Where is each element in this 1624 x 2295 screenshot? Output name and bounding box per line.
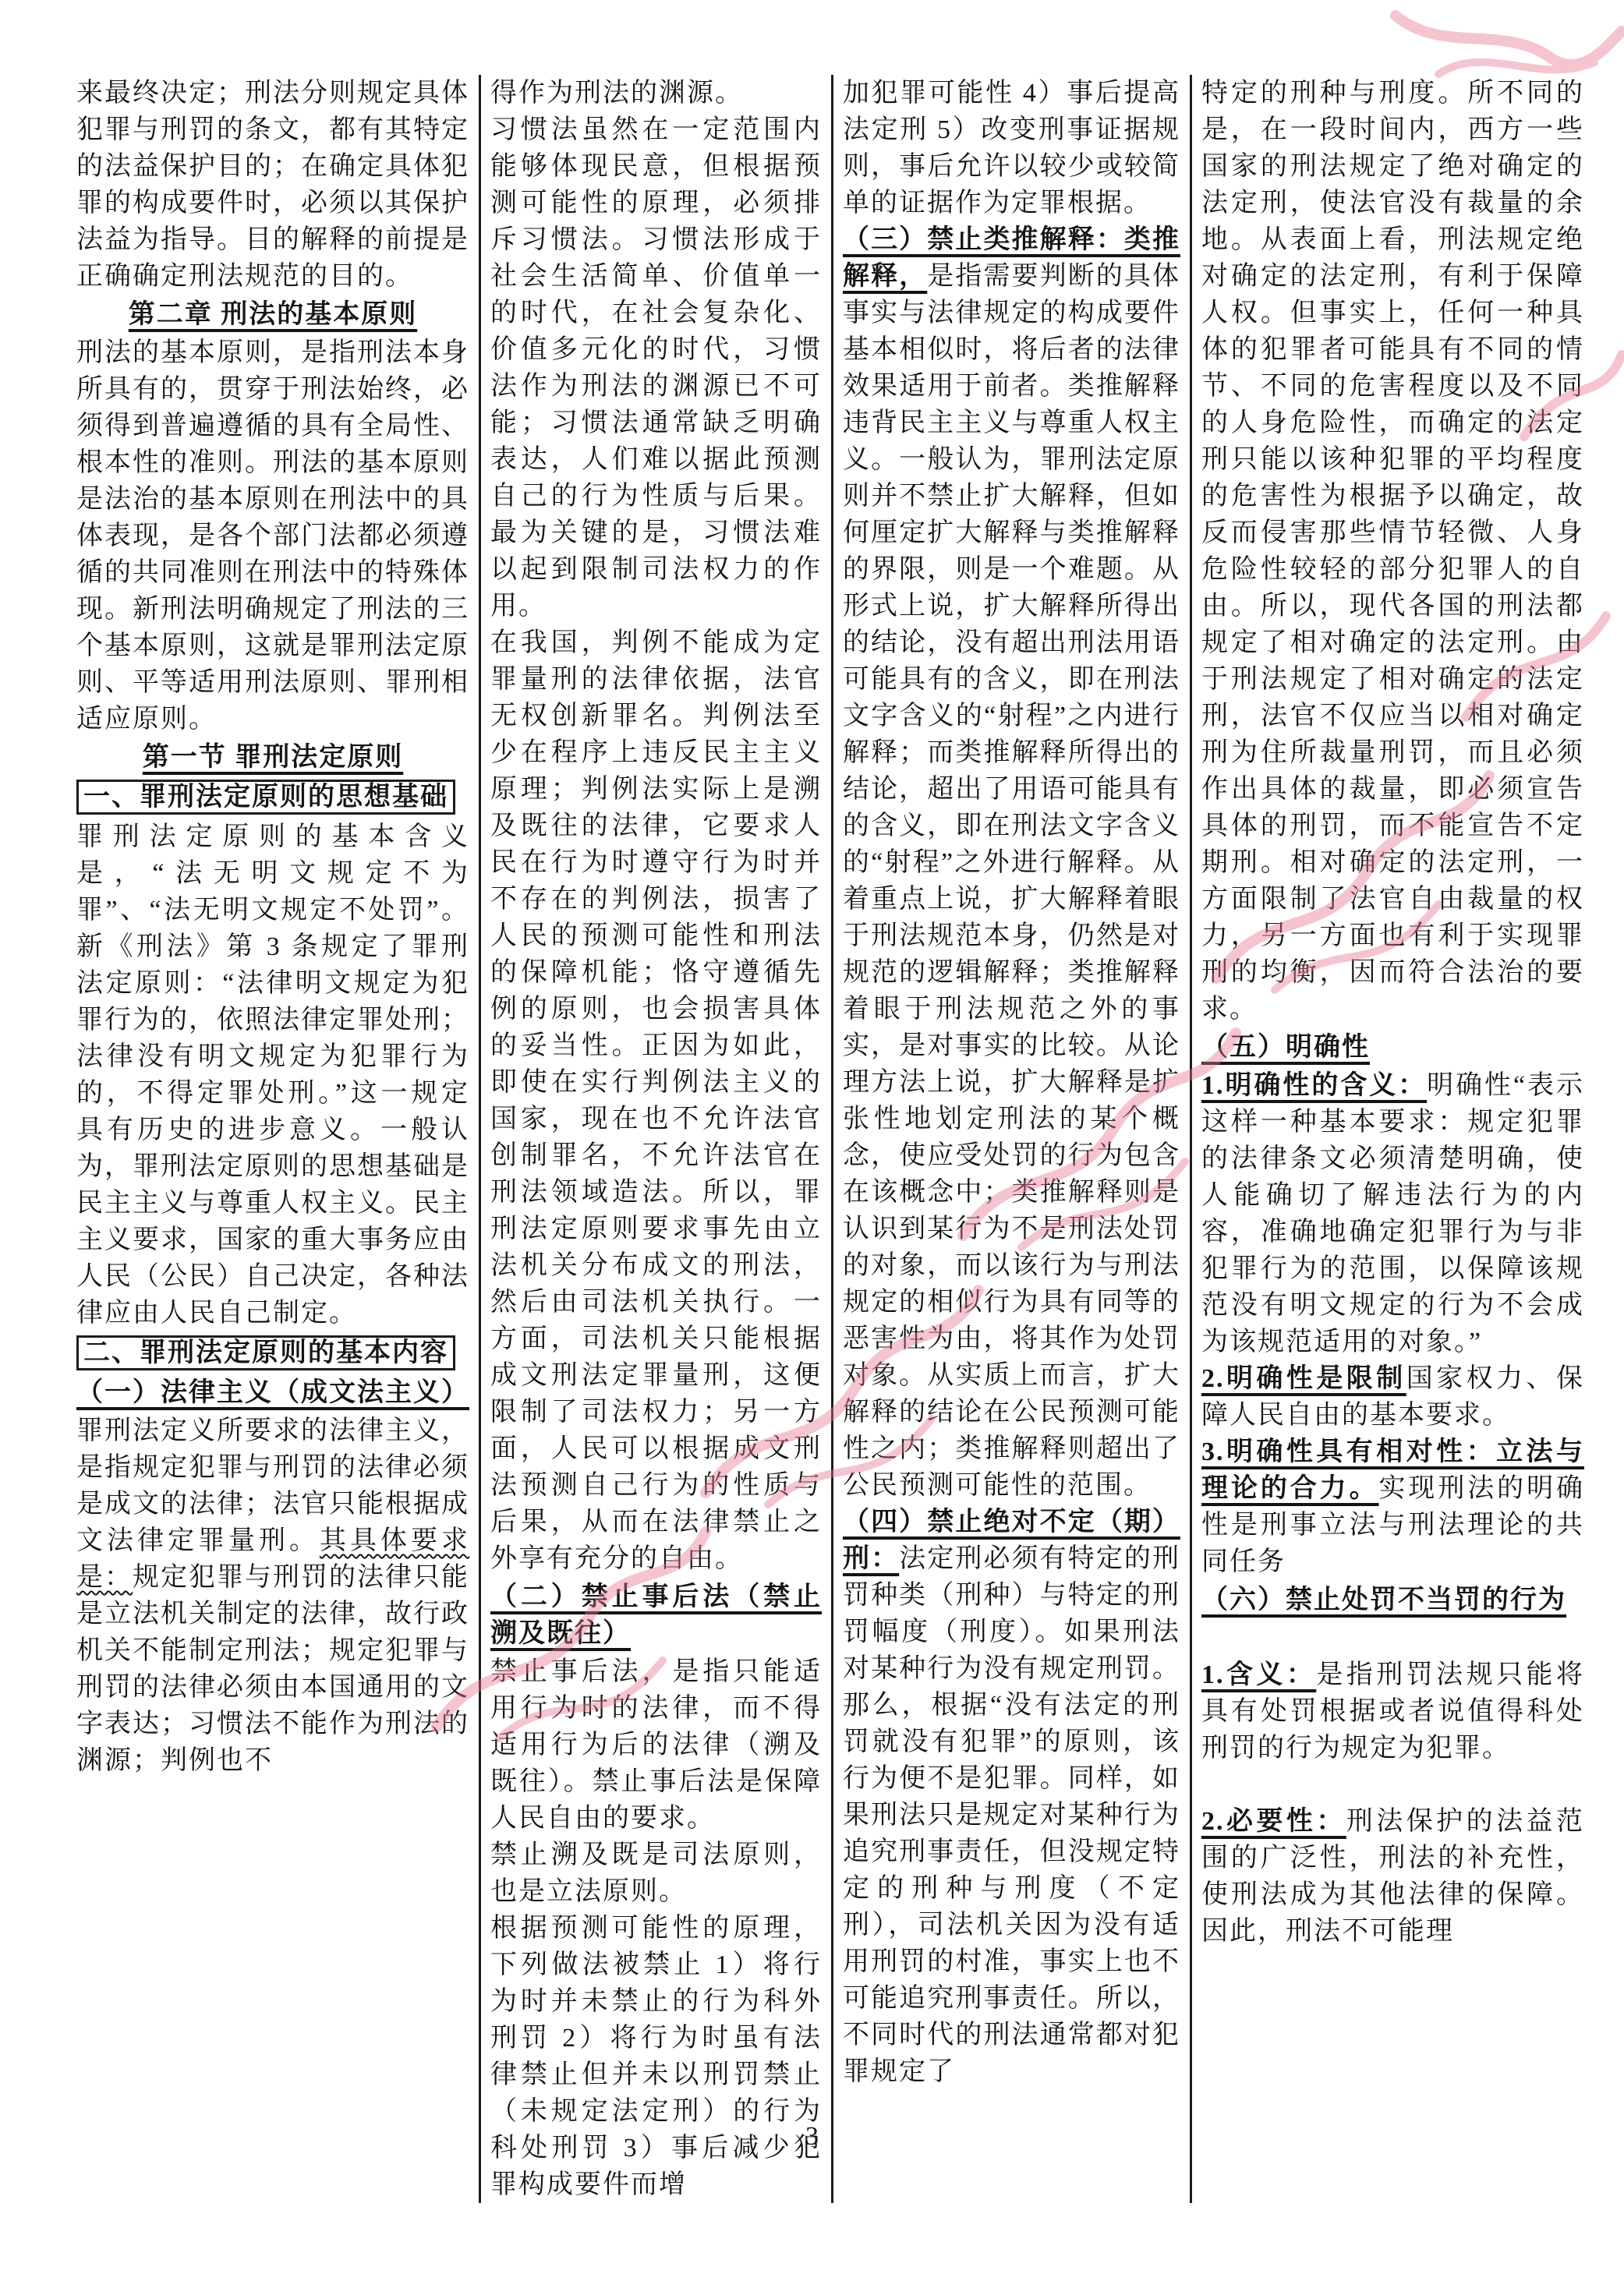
column-2: 得作为刑法的渊源。习惯法虽然在一定范围内能够体现民意，但根据预测可能性的原理，必… (479, 75, 831, 2203)
text-columns: 来最终决定；刑法分则规定具体犯罪与刑罚的条文，都有其特定的法益保护目的；在确定具… (67, 75, 1594, 2203)
paragraph-lead: 2.明确性是限制 (1201, 1364, 1406, 1393)
paragraph-lead: 1.含义： (1201, 1660, 1316, 1689)
paragraph: 特定的刑种与刑度。所不同的是，在一段时间内，西方一些国家的刑法规定了绝对确定的法… (1201, 75, 1584, 1027)
paragraph: 禁止溯及既是司法原则，也是立法原则。 (490, 1837, 822, 1910)
boxed-heading: 一、罪刑法定原则的思想基础 (76, 779, 469, 815)
page-number: 3 (0, 2122, 1624, 2152)
sub-heading: （六）禁止处罚不当罚的行为 (1201, 1582, 1584, 1618)
column-4: 特定的刑种与刑度。所不同的是，在一段时间内，西方一些国家的刑法规定了绝对确定的法… (1190, 75, 1594, 2203)
paragraph: （三）禁止类推解释：类推解释，是指需要判断的具体事实与法律规定的构成要件基本相似… (843, 221, 1180, 1504)
chapter-heading: 第二章 刑法的基本原则 (76, 296, 469, 333)
paragraph: 罪刑法定义所要求的法律主义，是指规定犯罪与刑罚的法律必须是成文的法律；法官只能根… (76, 1413, 469, 1779)
paragraph: 禁止事后法，是指只能适用行为时的法律，而不得适用行为后的法律（溯及既往）。禁止事… (490, 1653, 822, 1837)
sub-heading: （五）明确性 (1201, 1029, 1584, 1066)
column-1: 来最终决定；刑法分则规定具体犯罪与刑罚的条文，都有其特定的法益保护目的；在确定具… (67, 75, 479, 2203)
paragraph: 2.明确性是限制国家权力、保障人民自由的基本要求。 (1201, 1360, 1584, 1434)
boxed-heading: 二、罪刑法定原则的基本内容 (76, 1335, 469, 1371)
section-heading: 第一节 罪刑法定原则 (76, 739, 469, 776)
paragraph-lead: 1.明确性的含义： (1201, 1071, 1427, 1100)
paragraph: 加犯罪可能性 4）事后提高法定刑 5）改变刑事证据规则，事后允许以较少或较简单的… (843, 75, 1180, 221)
paragraph-lead: 2.必要性： (1201, 1807, 1346, 1836)
spacer (1201, 1766, 1584, 1803)
paragraph: 习惯法虽然在一定范围内能够体现民意，但根据预测可能性的原理，必须排斥习惯法。习惯… (490, 111, 822, 624)
column-3: 加犯罪可能性 4）事后提高法定刑 5）改变刑事证据规则，事后允许以较少或较简单的… (831, 75, 1190, 2203)
paragraph: 根据预测可能性的原理，下列做法被禁止 1）将行为时并未禁止的行为科外刑罚 2）将… (490, 1910, 822, 2203)
paragraph: 2.必要性：刑法保护的法益范围的广泛性，刑法的补充性，使刑法成为其他法律的保障。… (1201, 1803, 1584, 1950)
paragraph: 3.明确性具有相对性：立法与理论的合力。实现刑法的明确性是刑事立法与刑法理论的共… (1201, 1434, 1584, 1580)
paragraph: 得作为刑法的渊源。 (490, 75, 822, 111)
document-page: 来最终决定；刑法分则规定具体犯罪与刑罚的条文，都有其特定的法益保护目的；在确定具… (0, 0, 1624, 2295)
paragraph: 罪刑法定原则的基本含义是，“法无明文规定不为罪”、“法无明文规定不处罚”。新《刑… (76, 819, 469, 1331)
paragraph: 在我国，判例不能成为定罪量刑的法律依据，法官无权创新罪名。判例法至少在程序上违反… (490, 624, 822, 1577)
sub-heading: （一）法律主义（成文法主义） (76, 1374, 469, 1411)
paragraph: 刑法的基本原则，是指刑法本身所具有的，贯穿于刑法始终，必须得到普遍遵循的具有全局… (76, 334, 469, 737)
spacer (1201, 1620, 1584, 1657)
paragraph: 1.含义：是指刑罚法规只能将具有处罚根据或者说值得科处刑罚的行为规定为犯罪。 (1201, 1657, 1584, 1766)
paragraph: （四）禁止绝对不定（期）刑：法定刑必须有特定的刑罚种类（刑种）与特定的刑罚幅度（… (843, 1504, 1180, 2090)
paragraph: 1.明确性的含义：明确性“表示这样一种基本要求：规定犯罪的法律条文必须清楚明确，… (1201, 1067, 1584, 1360)
paragraph: 来最终决定；刑法分则规定具体犯罪与刑罚的条文，都有其特定的法益保护目的；在确定具… (76, 75, 469, 295)
sub-heading: （二）禁止事后法（禁止溯及既往） (490, 1579, 822, 1652)
